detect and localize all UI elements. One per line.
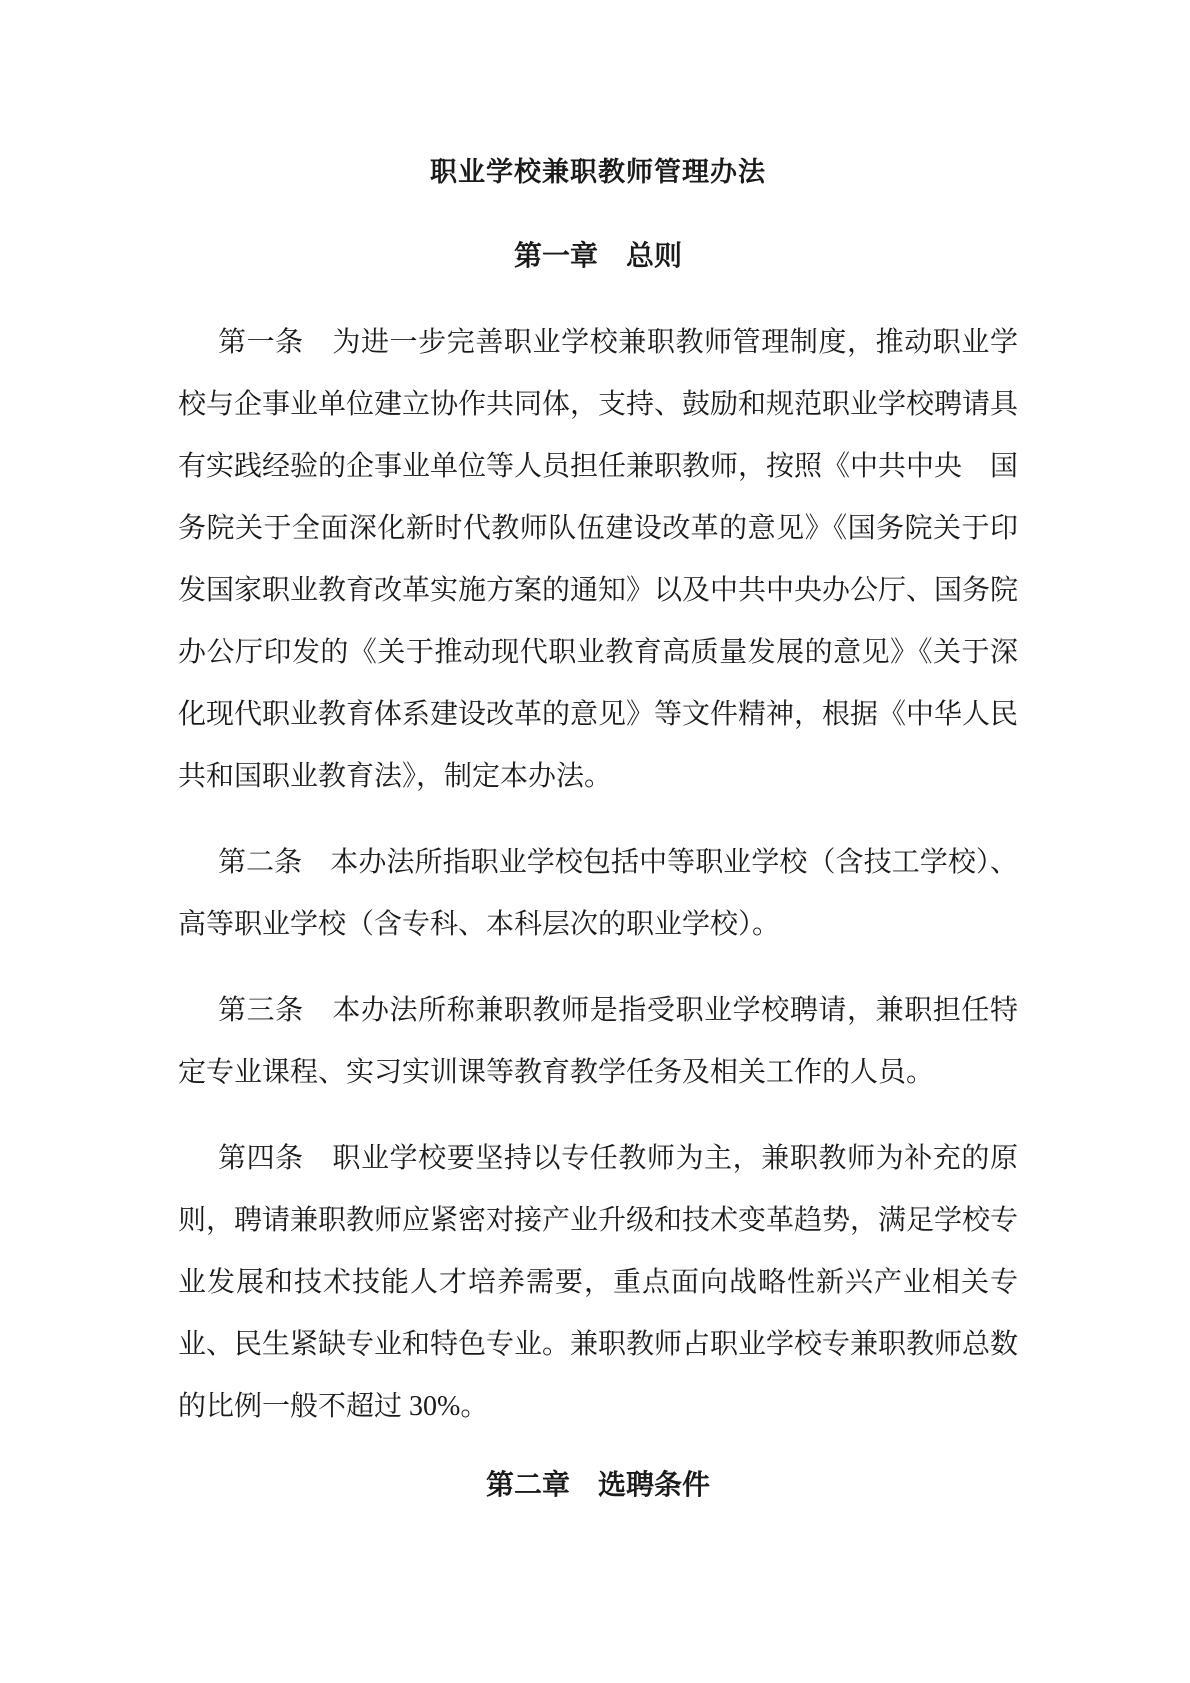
article-3-paragraph: 第三条 本办法所称兼职教师是指受职业学校聘请，兼职担任特定专业课程、实习实训课等… (178, 980, 1018, 1104)
article-4-paragraph: 第四条 职业学校要坚持以专任教师为主，兼职教师为补充的原则，聘请兼职教师应紧密对… (178, 1128, 1018, 1438)
article-2-paragraph: 第二条 本办法所指职业学校包括中等职业学校（含技工学校）、高等职业学校（含专科、… (178, 832, 1018, 956)
document-page: 职业学校兼职教师管理办法 第一章 总则 第一条 为进一步完善职业学校兼职教师管理… (0, 0, 1190, 1683)
chapter-1-heading: 第一章 总则 (178, 226, 1018, 288)
chapter-2-heading: 第二章 选聘条件 (178, 1455, 1018, 1517)
document-title: 职业学校兼职教师管理办法 (178, 141, 1018, 203)
article-1-paragraph: 第一条 为进一步完善职业学校兼职教师管理制度，推动职业学校与企事业单位建立协作共… (178, 312, 1018, 808)
